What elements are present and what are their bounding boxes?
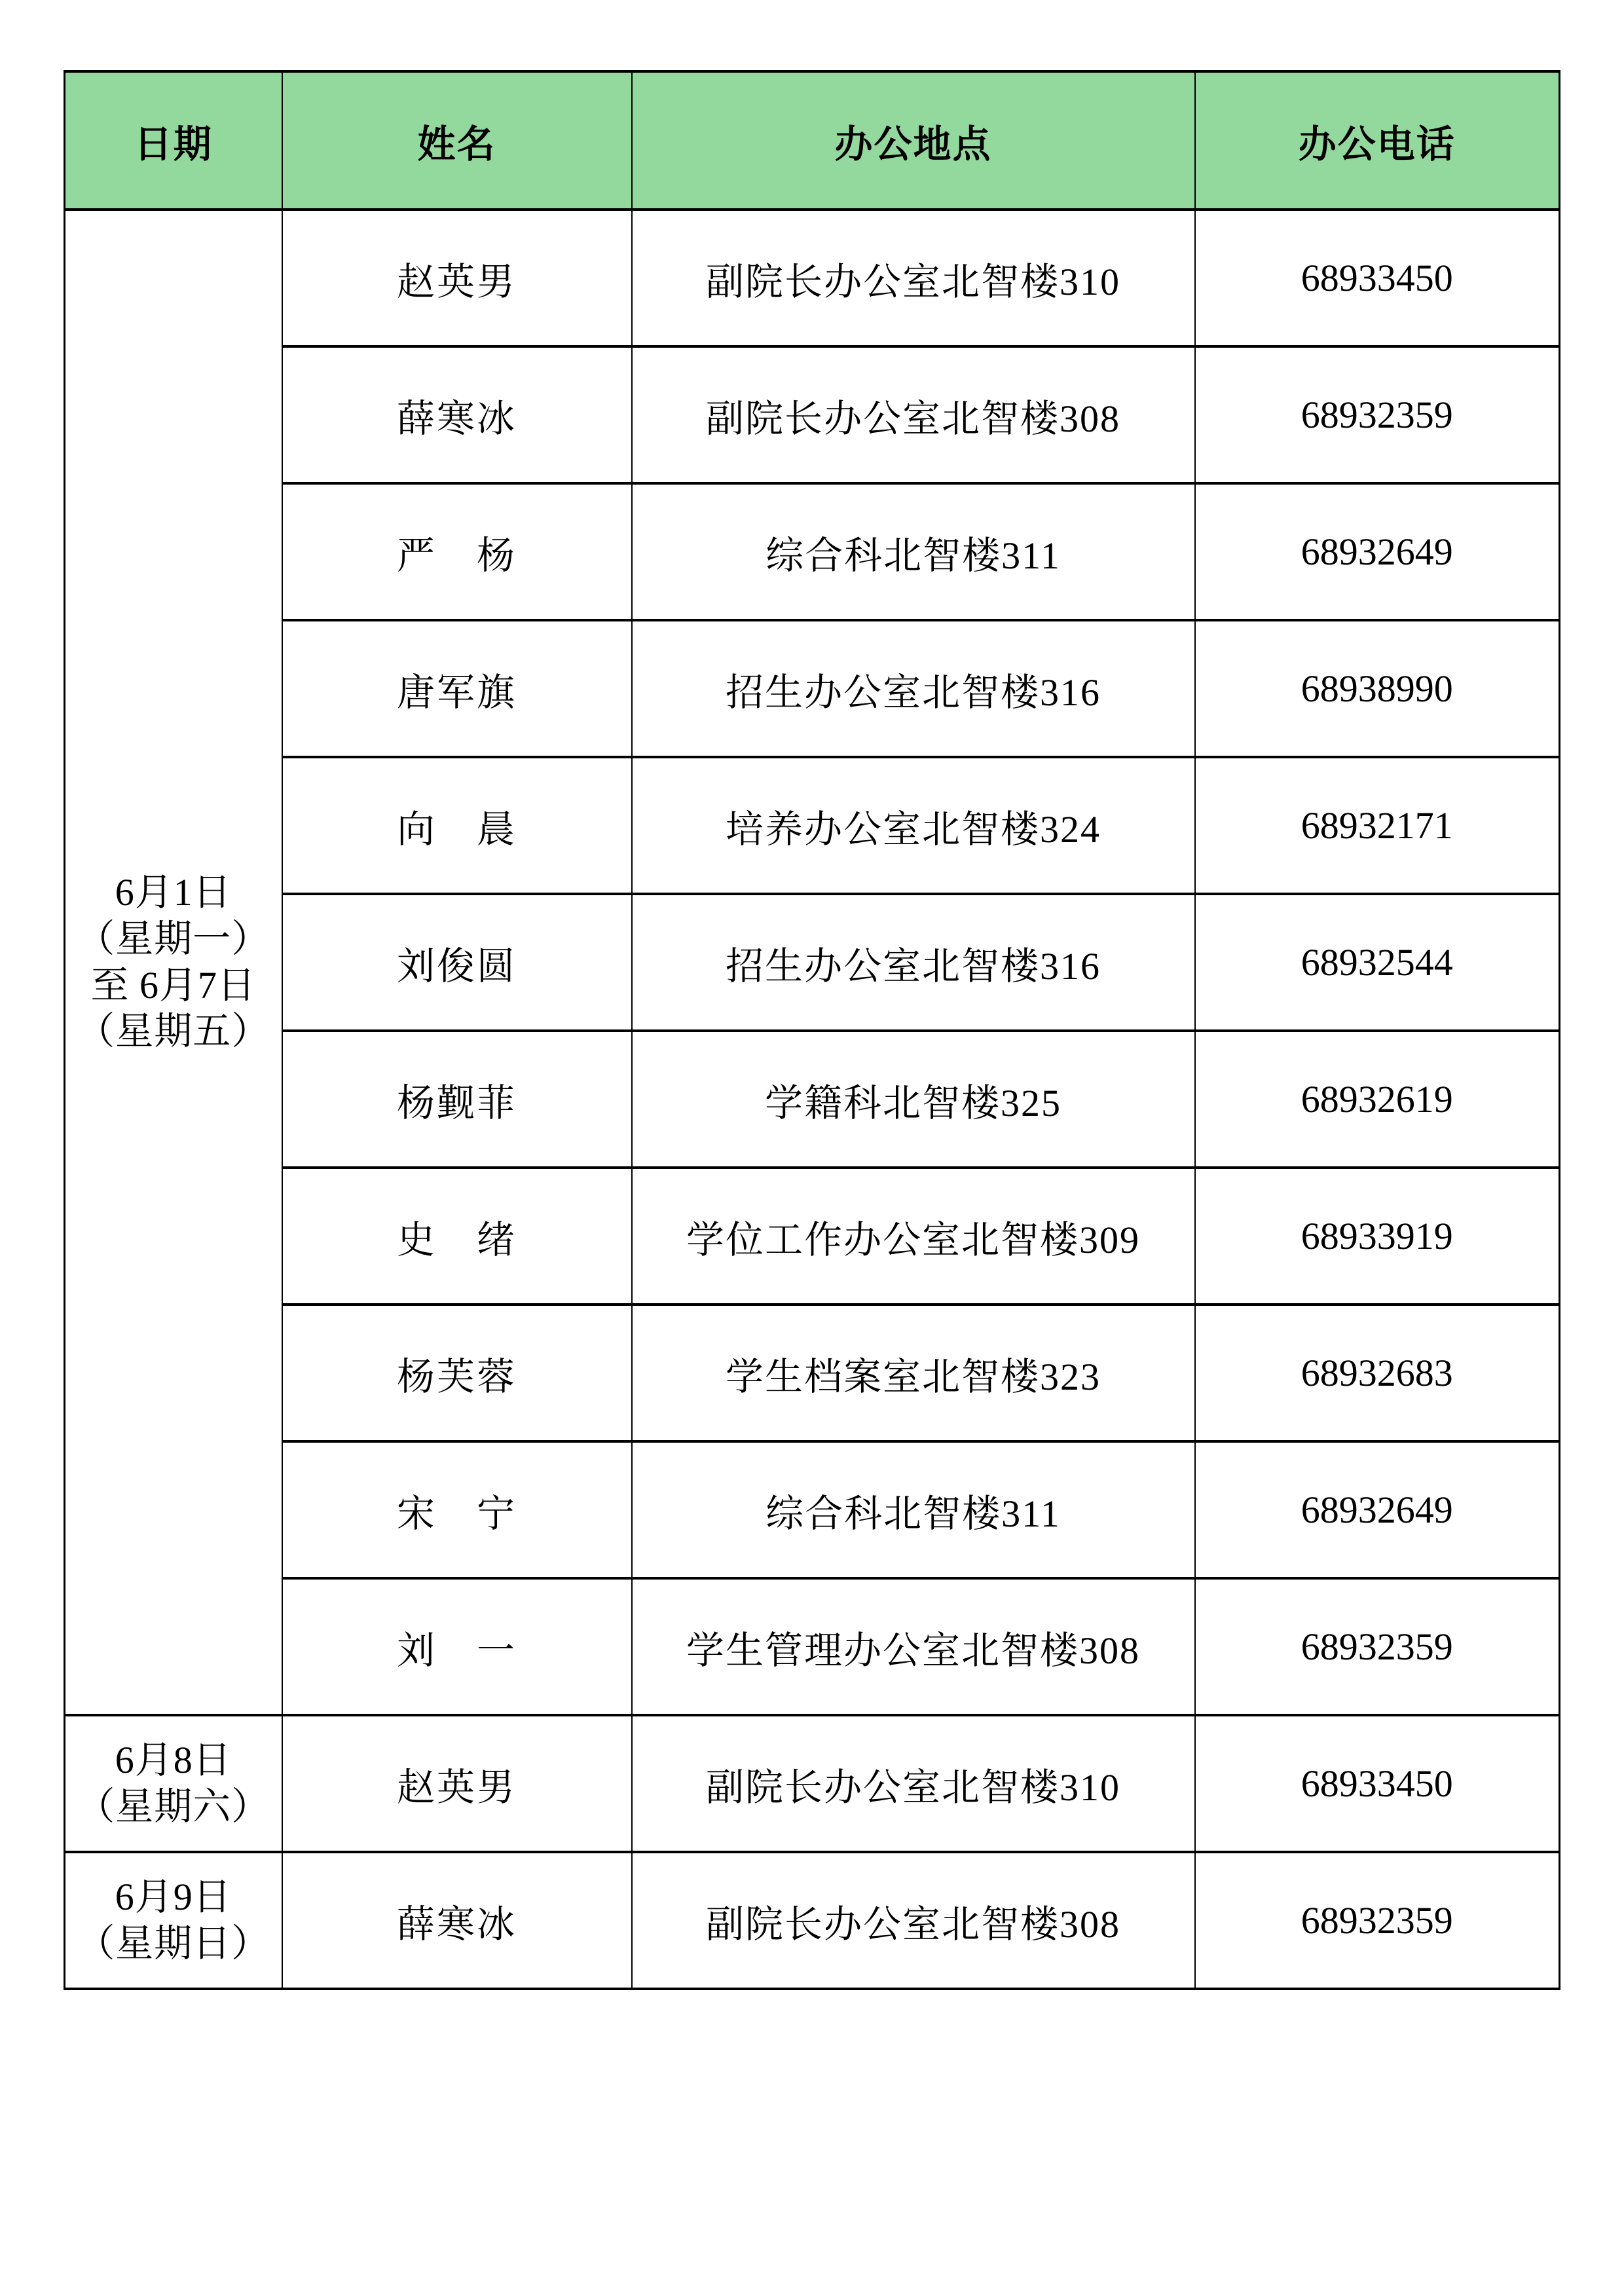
- date-line: 6月1日: [71, 870, 276, 916]
- name-cell: 杨觐菲: [282, 1031, 632, 1168]
- location-cell: 学籍科北智楼325: [632, 1031, 1195, 1168]
- header-phone: 办公电话: [1195, 71, 1560, 210]
- location-cell: 学生档案室北智楼323: [632, 1305, 1195, 1441]
- name-cell: 严 杨: [282, 483, 632, 620]
- location-cell: 综合科北智楼311: [632, 483, 1195, 620]
- location-cell: 培养办公室北智楼324: [632, 757, 1195, 894]
- table-row: 严 杨综合科北智楼31168932649: [65, 483, 1560, 620]
- table-header: 日期 姓名 办公地点 办公电话: [65, 71, 1560, 210]
- name-cell: 史 绪: [282, 1168, 632, 1305]
- phone-cell: 68932359: [1195, 1852, 1560, 1989]
- name-cell: 薛寒冰: [282, 346, 632, 483]
- table-row: 唐军旗招生办公室北智楼31668938990: [65, 620, 1560, 757]
- date-line: （星期日）: [71, 1921, 276, 1967]
- location-cell: 学生管理办公室北智楼308: [632, 1578, 1195, 1715]
- date-line: 6月9日: [71, 1874, 276, 1921]
- phone-cell: 68933450: [1195, 1715, 1560, 1852]
- date-cell: 6月1日（星期一）至 6月7日（星期五）: [65, 210, 282, 1715]
- phone-cell: 68932649: [1195, 483, 1560, 620]
- table-row: 6月8日（星期六）赵英男副院长办公室北智楼31068933450: [65, 1715, 1560, 1852]
- table-row: 杨芙蓉学生档案室北智楼32368932683: [65, 1305, 1560, 1441]
- phone-cell: 68932683: [1195, 1305, 1560, 1441]
- phone-cell: 68932619: [1195, 1031, 1560, 1168]
- name-cell: 宋 宁: [282, 1441, 632, 1578]
- table-row: 史 绪学位工作办公室北智楼30968933919: [65, 1168, 1560, 1305]
- table-row: 向 晨培养办公室北智楼32468932171: [65, 757, 1560, 894]
- phone-cell: 68933450: [1195, 210, 1560, 346]
- table-row: 杨觐菲学籍科北智楼32568932619: [65, 1031, 1560, 1168]
- date-line: （星期六）: [71, 1784, 276, 1830]
- name-cell: 向 晨: [282, 757, 632, 894]
- table-row: 宋 宁综合科北智楼31168932649: [65, 1441, 1560, 1578]
- name-cell: 刘 一: [282, 1578, 632, 1715]
- name-cell: 薛寒冰: [282, 1852, 632, 1989]
- phone-cell: 68932544: [1195, 894, 1560, 1031]
- table-row: 刘俊圆招生办公室北智楼31668932544: [65, 894, 1560, 1031]
- name-cell: 赵英男: [282, 1715, 632, 1852]
- date-cell: 6月9日（星期日）: [65, 1852, 282, 1989]
- date-line: 至 6月7日: [71, 963, 276, 1009]
- date-line: 6月8日: [71, 1737, 276, 1784]
- location-cell: 学位工作办公室北智楼309: [632, 1168, 1195, 1305]
- name-cell: 赵英男: [282, 210, 632, 346]
- location-cell: 副院长办公室北智楼308: [632, 346, 1195, 483]
- table-row: 薛寒冰副院长办公室北智楼30868932359: [65, 346, 1560, 483]
- date-cell: 6月8日（星期六）: [65, 1715, 282, 1852]
- header-name: 姓名: [282, 71, 632, 210]
- location-cell: 招生办公室北智楼316: [632, 894, 1195, 1031]
- table-row: 6月9日（星期日）薛寒冰副院长办公室北智楼30868932359: [65, 1852, 1560, 1989]
- name-cell: 唐军旗: [282, 620, 632, 757]
- name-cell: 杨芙蓉: [282, 1305, 632, 1441]
- location-cell: 综合科北智楼311: [632, 1441, 1195, 1578]
- phone-cell: 68932359: [1195, 346, 1560, 483]
- duty-schedule-table: 日期 姓名 办公地点 办公电话 6月1日（星期一）至 6月7日（星期五）赵英男副…: [64, 70, 1560, 1990]
- location-cell: 副院长办公室北智楼310: [632, 1715, 1195, 1852]
- phone-cell: 68938990: [1195, 620, 1560, 757]
- phone-cell: 68932649: [1195, 1441, 1560, 1578]
- header-location: 办公地点: [632, 71, 1195, 210]
- location-cell: 招生办公室北智楼316: [632, 620, 1195, 757]
- date-line: （星期一）: [71, 916, 276, 963]
- phone-cell: 68932359: [1195, 1578, 1560, 1715]
- table-body: 6月1日（星期一）至 6月7日（星期五）赵英男副院长办公室北智楼31068933…: [65, 210, 1560, 1989]
- location-cell: 副院长办公室北智楼310: [632, 210, 1195, 346]
- header-row: 日期 姓名 办公地点 办公电话: [65, 71, 1560, 210]
- phone-cell: 68933919: [1195, 1168, 1560, 1305]
- date-line: （星期五）: [71, 1009, 276, 1055]
- location-cell: 副院长办公室北智楼308: [632, 1852, 1195, 1989]
- table-row: 刘 一学生管理办公室北智楼30868932359: [65, 1578, 1560, 1715]
- table-row: 6月1日（星期一）至 6月7日（星期五）赵英男副院长办公室北智楼31068933…: [65, 210, 1560, 346]
- name-cell: 刘俊圆: [282, 894, 632, 1031]
- header-date: 日期: [65, 71, 282, 210]
- phone-cell: 68932171: [1195, 757, 1560, 894]
